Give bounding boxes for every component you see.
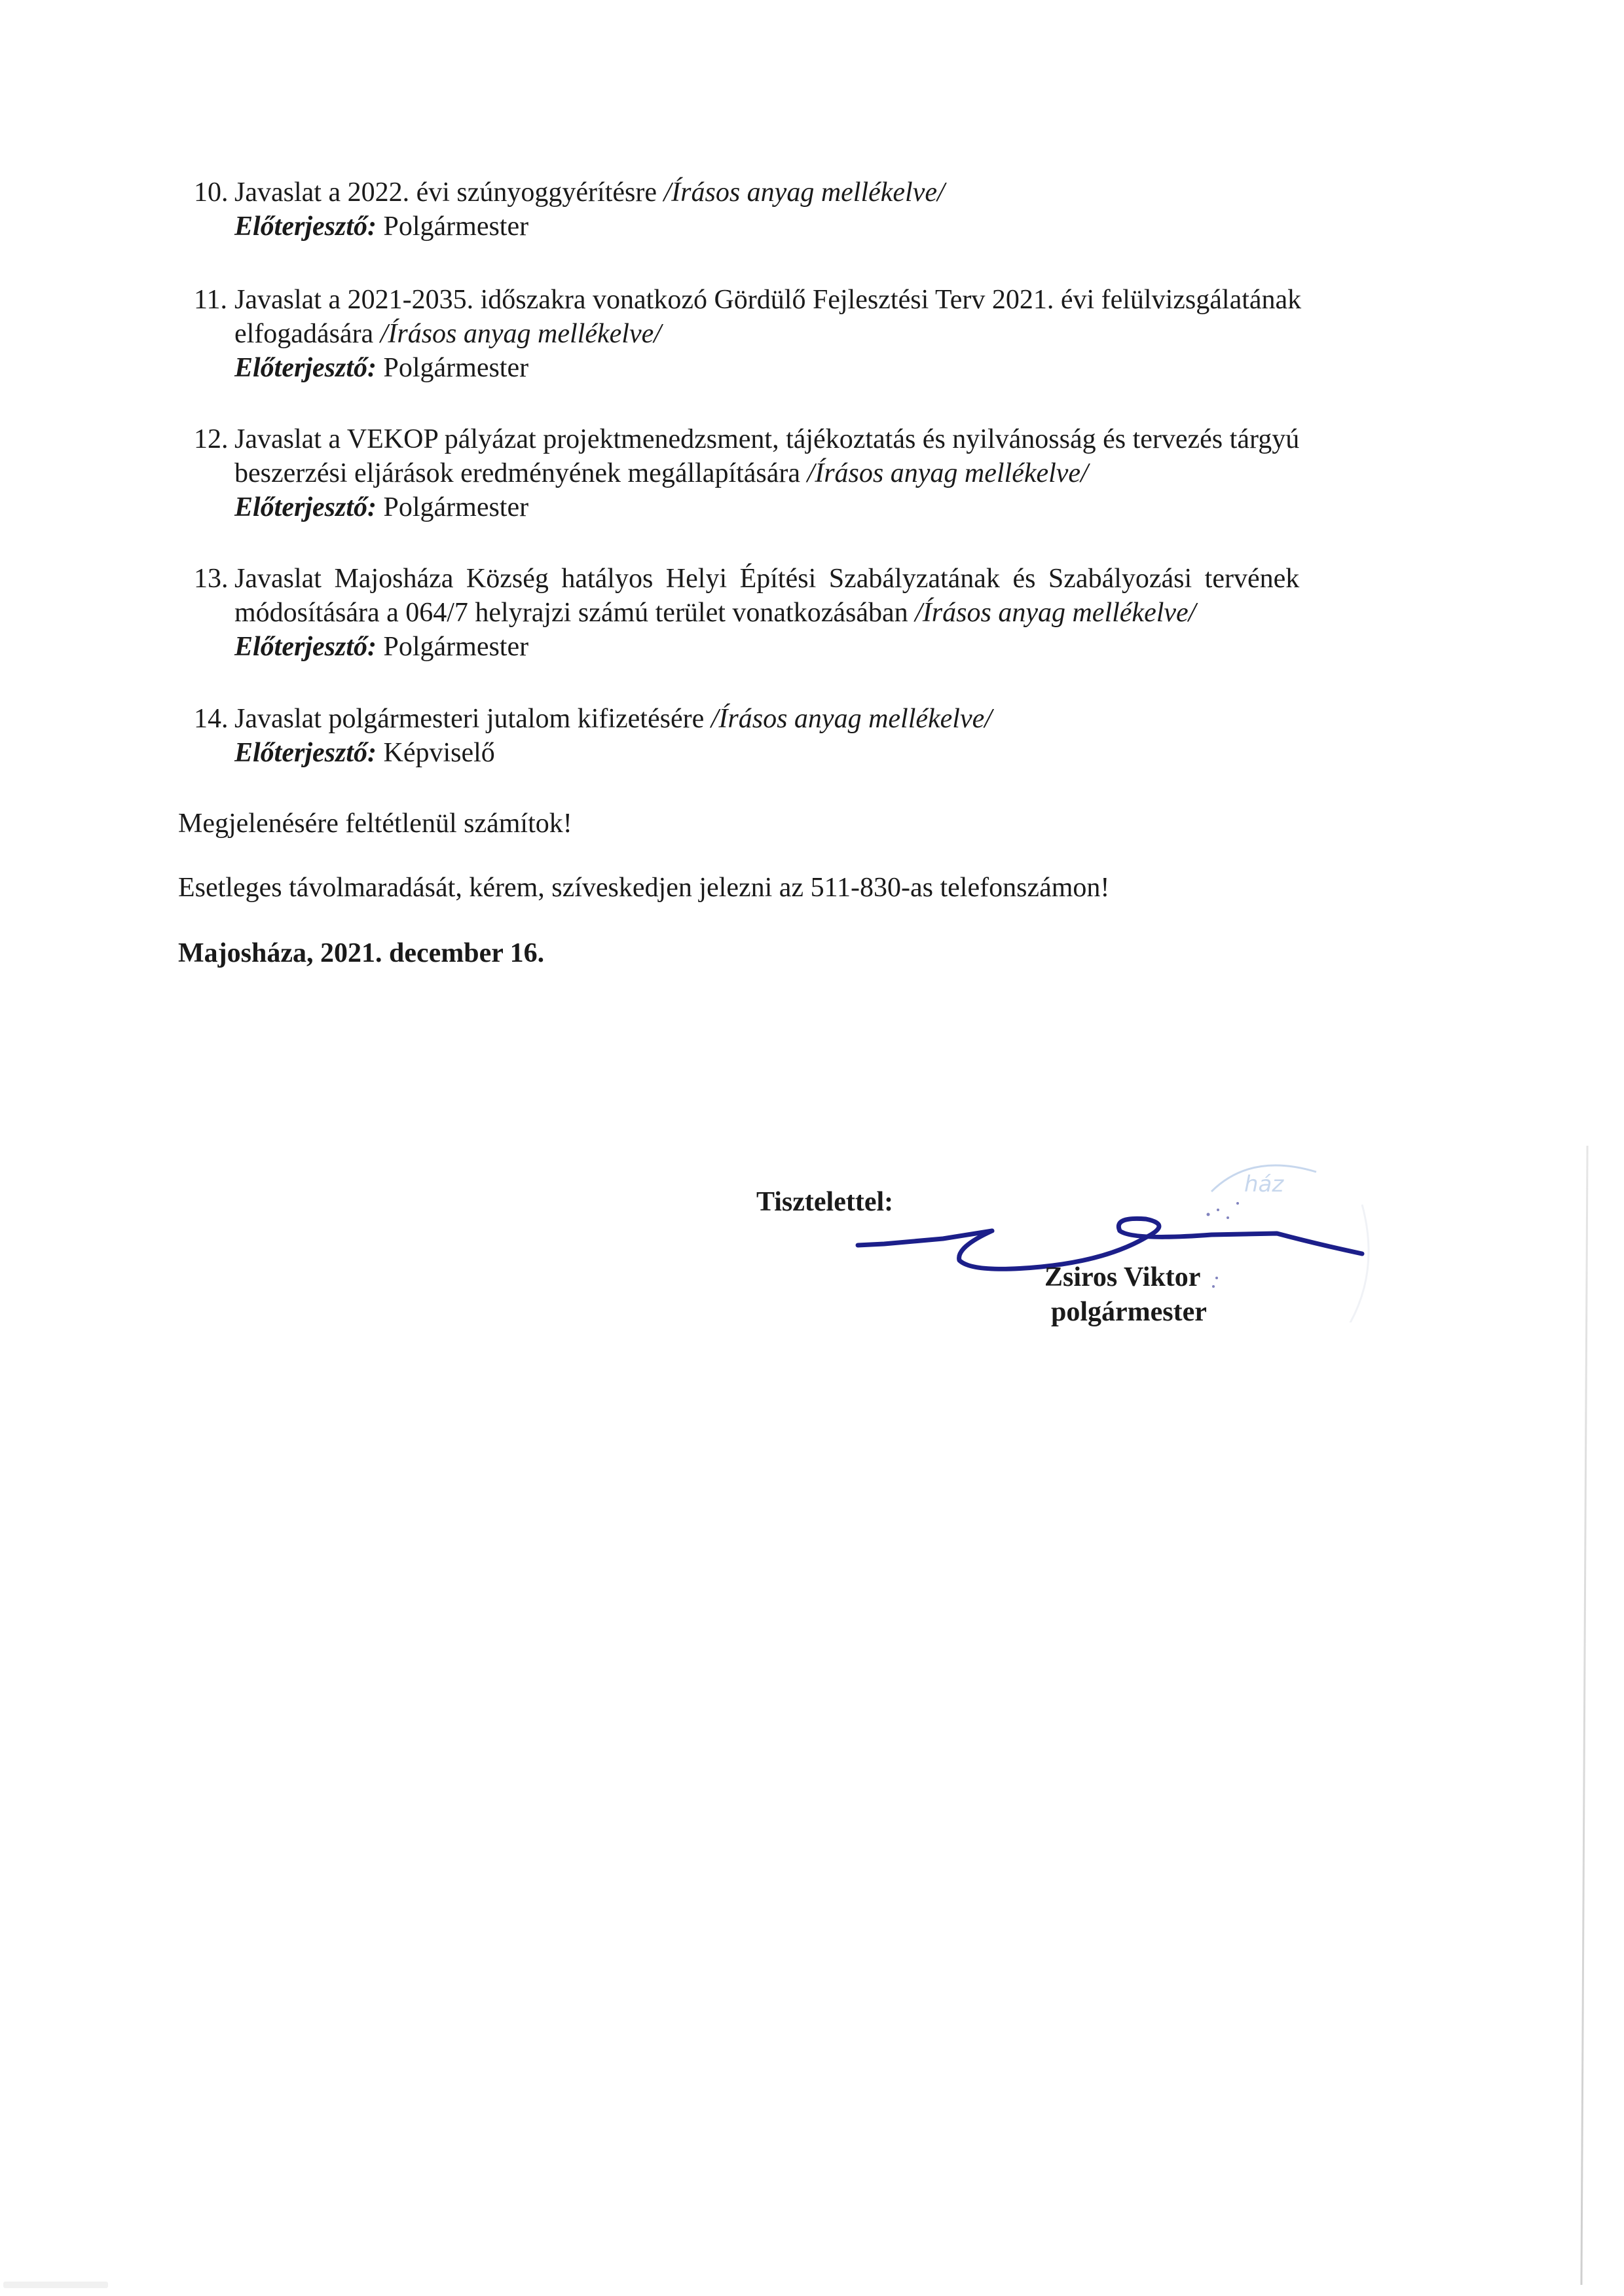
agenda-item-text: Javaslat a VEKOP pályázat projektmenedzs…: [234, 422, 1438, 456]
place-and-date: Majosháza, 2021. december 16.: [178, 936, 544, 970]
agenda-item-text: módosítására a 064/7 helyrajzi számú ter…: [234, 596, 1438, 630]
agenda-item-10: 10. Javaslat a 2022. évi szúnyoggyérítés…: [194, 175, 1438, 244]
agenda-item-number: 13.: [194, 562, 229, 596]
presenter-line: Előterjesztő: Polgármester: [234, 210, 1438, 244]
agenda-item-11: 11. Javaslat a 2021-2035. időszakra vona…: [194, 283, 1438, 385]
presenter-line: Előterjesztő: Képviselő: [234, 736, 1438, 770]
attachment-note: /Írásos anyag mellékelve/: [915, 598, 1196, 628]
agenda-item-text: Javaslat Majosháza Község hatályos Helyi…: [234, 562, 1438, 596]
presenter-label: Előterjesztő:: [234, 353, 377, 383]
presenter-line: Előterjesztő: Polgármester: [234, 490, 1438, 524]
agenda-item-title: beszerzési eljárások eredményének megáll…: [234, 458, 807, 488]
agenda-item-text: Javaslat a 2021-2035. időszakra vonatkoz…: [234, 283, 1438, 317]
signatory-name: Zsiros Viktor: [1044, 1260, 1200, 1294]
svg-text:ház: ház: [1244, 1171, 1284, 1197]
attachment-note: /Írásos anyag mellékelve/: [663, 177, 944, 208]
absence-notice: Esetleges távolmaradását, kérem, szívesk…: [178, 871, 1109, 905]
presenter: Polgármester: [377, 492, 528, 522]
attachment-note: /Írásos anyag mellékelve/: [807, 458, 1088, 488]
agenda-item-text: beszerzési eljárások eredményének megáll…: [234, 456, 1438, 490]
agenda-item-number: 14.: [194, 702, 229, 736]
presenter-label: Előterjesztő:: [234, 492, 377, 522]
agenda-item-title: elfogadására: [234, 319, 380, 349]
agenda-item-text: Javaslat polgármesteri jutalom kifizetés…: [234, 702, 1438, 736]
agenda-item-title: Javaslat a 2022. évi szúnyoggyérítésre: [234, 177, 663, 208]
signatory-title: polgármester: [1051, 1295, 1207, 1329]
agenda-item-text: Javaslat a 2022. évi szúnyoggyérítésre /…: [234, 175, 1438, 210]
presenter-label: Előterjesztő:: [234, 211, 377, 242]
attendance-request: Megjelenésére feltétlenül számítok!: [178, 807, 572, 841]
agenda-item-title: módosítására a 064/7 helyrajzi számú ter…: [234, 598, 915, 628]
presenter: Polgármester: [377, 632, 528, 662]
presenter-label: Előterjesztő:: [234, 632, 377, 662]
scan-edge-line: [1580, 1146, 1588, 2285]
agenda-item-14: 14. Javaslat polgármesteri jutalom kifiz…: [194, 702, 1438, 770]
agenda-item-text: elfogadására /Írásos anyag mellékelve/: [234, 317, 1438, 351]
attachment-note: /Írásos anyag mellékelve/: [711, 704, 992, 734]
presenter-line: Előterjesztő: Polgármester: [234, 630, 1438, 664]
stamp-icon: ház: [1207, 1165, 1369, 1322]
presenter: Polgármester: [377, 211, 528, 242]
presenter: Képviselő: [377, 738, 495, 768]
agenda-item-number: 12.: [194, 422, 229, 456]
agenda-item-13: 13. Javaslat Majosháza Község hatályos H…: [194, 562, 1438, 664]
presenter: Polgármester: [377, 353, 528, 383]
agenda-item-number: 11.: [194, 283, 227, 317]
agenda-item-title: Javaslat polgármesteri jutalom kifizetés…: [234, 704, 711, 734]
document-page: 10. Javaslat a 2022. évi szúnyoggyérítés…: [0, 0, 1624, 2296]
agenda-item-12: 12. Javaslat a VEKOP pályázat projektmen…: [194, 422, 1438, 524]
presenter-line: Előterjesztő: Polgármester: [234, 351, 1438, 385]
attachment-note: /Írásos anyag mellékelve/: [380, 319, 661, 349]
scan-smudge: [3, 2282, 108, 2288]
presenter-label: Előterjesztő:: [234, 738, 377, 768]
agenda-item-number: 10.: [194, 175, 229, 210]
